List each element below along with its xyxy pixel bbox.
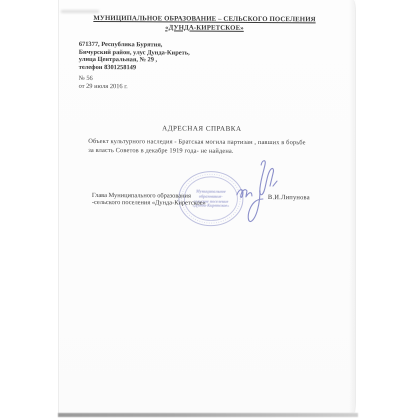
signatory-position: Глава Муниципального образования -сельск… bbox=[92, 192, 206, 207]
letterhead-line2: «ДУНДА-КИРЕТСКОЕ» bbox=[59, 23, 350, 33]
address-line: 671377, Республика Бурятия, bbox=[79, 41, 190, 49]
signatory-name: В.И.Липунова bbox=[268, 194, 310, 201]
scan-background: МУНИЦИПАЛЬНОЕ ОБРАЗОВАНИЕ – СЕЛЬСКОГО ПО… bbox=[0, 0, 420, 420]
signatory-position-line: -сельского поселения «Дунда-Киретское» bbox=[92, 199, 206, 207]
address-line: телефон 8301258149 bbox=[79, 64, 190, 72]
body-paragraph: Объект культурного наследия - Братская м… bbox=[88, 137, 354, 157]
scan-bottom-shadow bbox=[58, 413, 358, 417]
reference-block: № 56 от 29 июля 2016 г. bbox=[79, 75, 128, 91]
reference-number: № 56 bbox=[79, 75, 128, 83]
address-block: 671377, Республика Бурятия, Бичурский ра… bbox=[79, 41, 190, 72]
page-right-edge bbox=[349, 0, 356, 413]
document-page: МУНИЦИПАЛЬНОЕ ОБРАЗОВАНИЕ – СЕЛЬСКОГО ПО… bbox=[58, 0, 356, 417]
reference-date: от 29 июля 2016 г. bbox=[79, 83, 128, 91]
document-content: МУНИЦИПАЛЬНОЕ ОБРАЗОВАНИЕ – СЕЛЬСКОГО ПО… bbox=[57, 0, 357, 419]
body-line: за власть Советов в декабре 1919 года- н… bbox=[88, 146, 354, 157]
document-title: АДРЕСНАЯ СПРАВКА bbox=[58, 124, 345, 134]
letterhead: МУНИЦИПАЛЬНОЕ ОБРАЗОВАНИЕ – СЕЛЬСКОГО ПО… bbox=[59, 15, 350, 34]
handwritten-signature bbox=[223, 151, 290, 235]
letterhead-line1: МУНИЦИПАЛЬНОЕ ОБРАЗОВАНИЕ – СЕЛЬСКОГО ПО… bbox=[59, 15, 350, 25]
